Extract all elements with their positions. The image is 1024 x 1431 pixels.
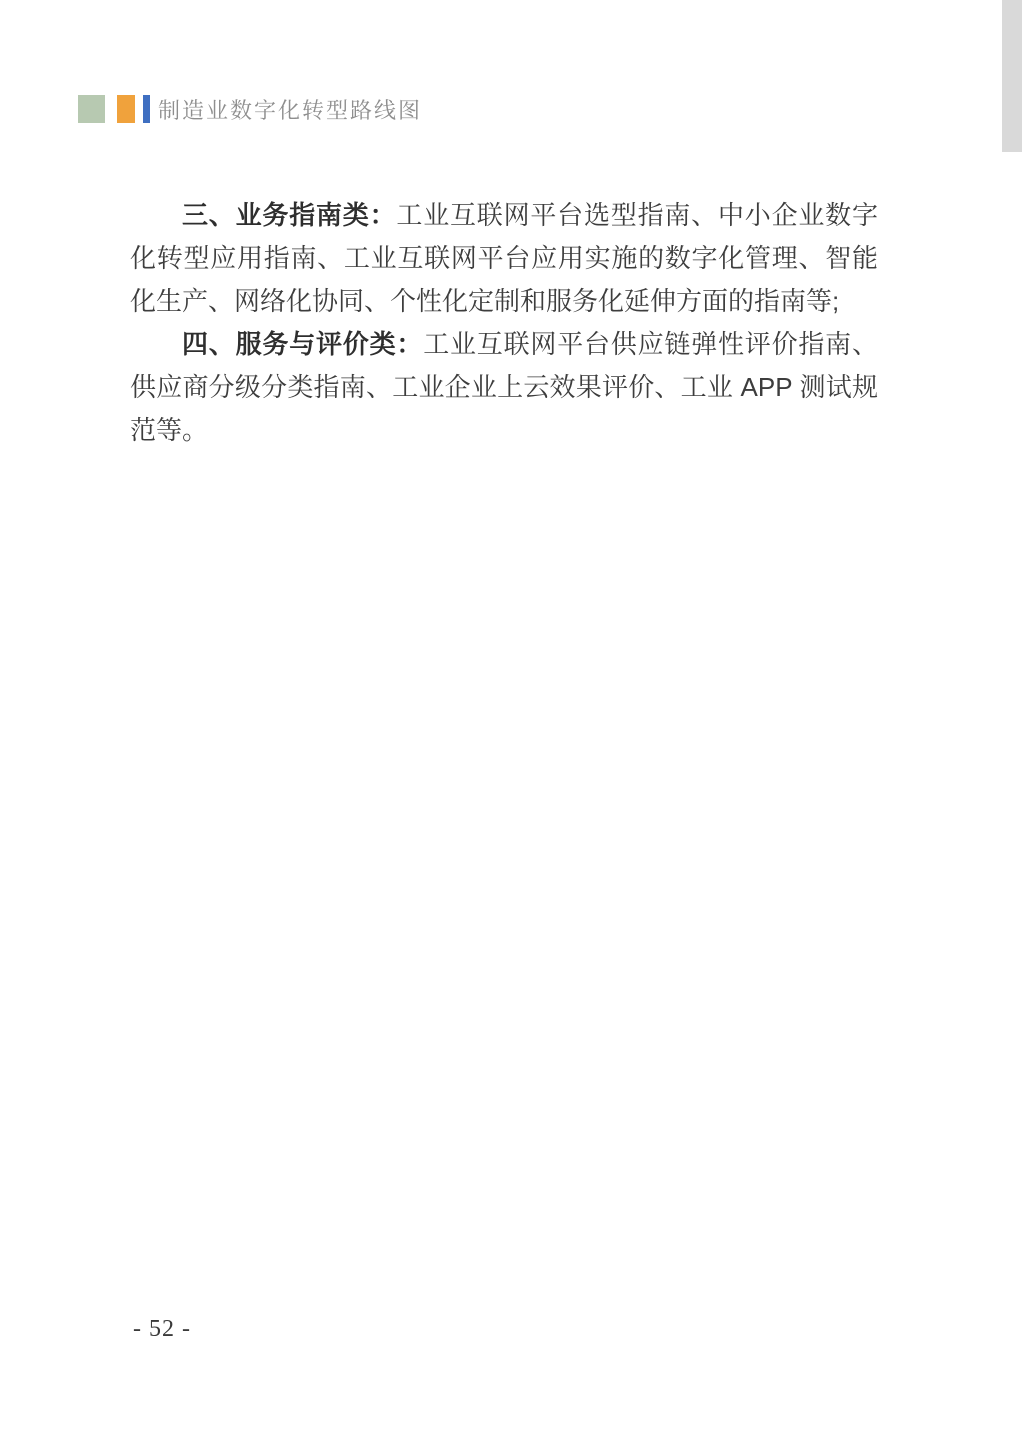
paragraph-service-evaluation: 四、服务与评价类：工业互联网平台供应链弹性评价指南、供应商分级分类指南、工业企业… [130,323,878,452]
logo-blue-block-icon [143,95,150,123]
page-header: 制造业数字化转型路线图 [78,94,422,124]
logo-green-block-icon [78,95,105,123]
body-text: 三、业务指南类：工业互联网平台选型指南、中小企业数字化转型应用指南、工业互联网平… [130,194,878,452]
logo-orange-block-icon [117,95,135,123]
paragraph-lead: 三、业务指南类： [182,200,396,230]
paragraph-lead: 四、服务与评价类： [182,329,423,359]
page-number: - 52 - [133,1316,191,1343]
document-title: 制造业数字化转型路线图 [158,94,422,125]
document-page: 制造业数字化转型路线图 三、业务指南类：工业互联网平台选型指南、中小企业数字化转… [0,0,1024,1431]
paragraph-business-guides: 三、业务指南类：工业互联网平台选型指南、中小企业数字化转型应用指南、工业互联网平… [130,194,878,323]
page-edge-accent-bar [1002,0,1022,152]
header-logo [78,95,158,123]
